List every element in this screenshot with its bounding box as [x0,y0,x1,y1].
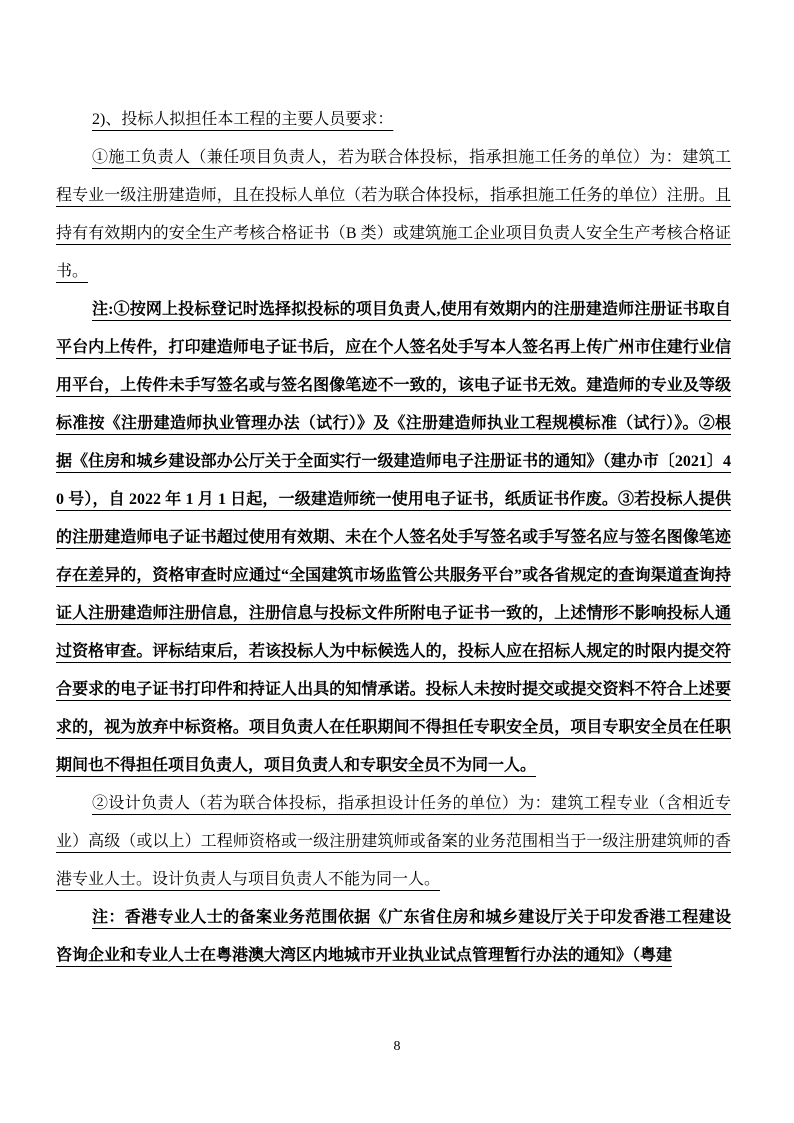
paragraph-construction-leader-requirement: ①施工负责人（兼任项目负责人，若为联合体投标，指承担施工任务的单位）为：建筑工程… [56,139,731,291]
document-body: 2)、投标人拟担任本工程的主要人员要求： ①施工负责人（兼任项目负责人，若为联合… [56,101,731,975]
document-page: 2)、投标人拟担任本工程的主要人员要求： ①施工负责人（兼任项目负责人，若为联合… [0,0,794,1123]
paragraph-note-hongkong-professionals: 注：香港专业人士的备案业务范围依据《广东省住房和城乡建设厅关于印发香港工程建设咨… [56,899,731,975]
paragraph-design-leader-requirement: ②设计负责人（若为联合体投标，指承担设计任务的单位）为：建筑工程专业（含相近专业… [56,785,731,899]
page-number: 8 [0,1038,794,1056]
paragraph-note-registered-constructor: 注:①按网上投标登记时选择拟投标的项目负责人,使用有效期内的注册建造师注册证书取… [56,291,731,785]
paragraph-main-personnel-requirements-heading: 2)、投标人拟担任本工程的主要人员要求： [56,101,731,139]
